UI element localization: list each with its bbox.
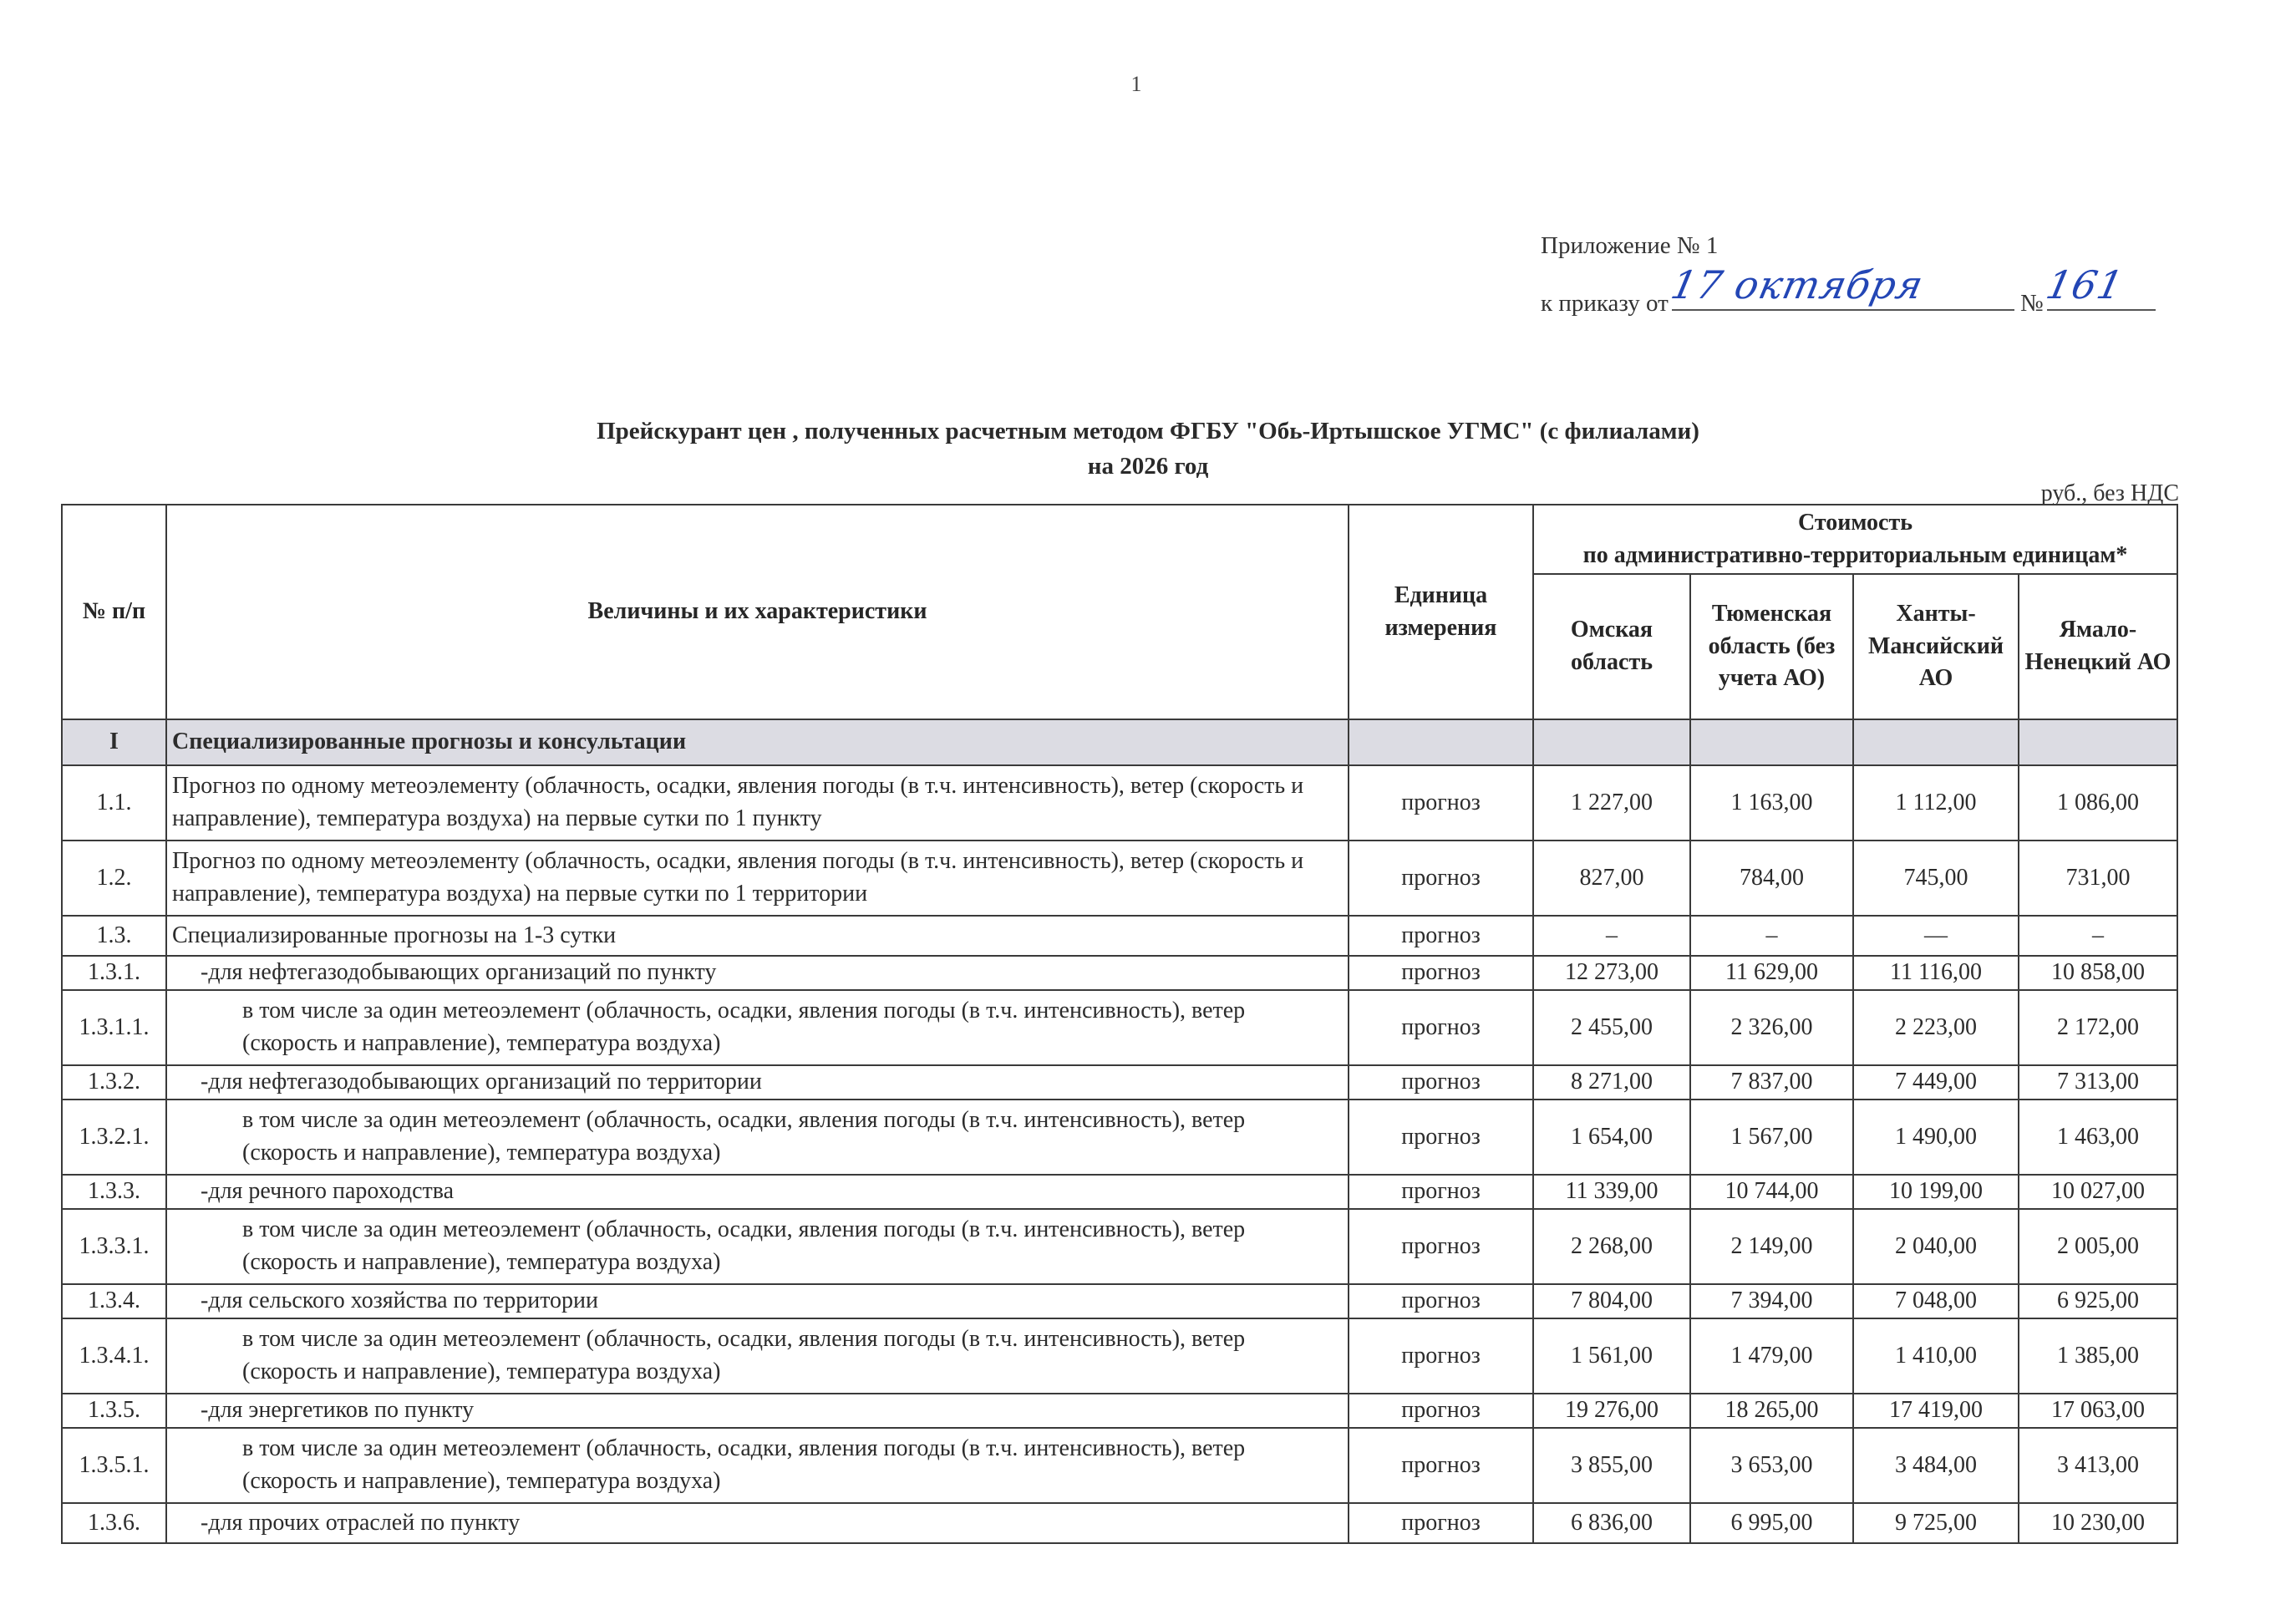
row-description: в том числе за один метеоэлемент (облачн… (166, 1428, 1349, 1503)
order-date-field: 17 октября (1672, 284, 2014, 311)
row-description: -для сельского хозяйства по территории (166, 1284, 1349, 1318)
row-description: -для нефтегазодобывающих организаций по … (166, 1065, 1349, 1100)
table-row: 1.3.2.-для нефтегазодобывающих организац… (62, 1065, 2177, 1100)
price-khmao: 9 725,00 (1853, 1503, 2019, 1543)
handwritten-order-number: 161 (2042, 262, 2127, 307)
price-yanao: 3 413,00 (2019, 1428, 2177, 1503)
price-yanao: 731,00 (2019, 841, 2177, 916)
row-number: 1.3. (62, 916, 166, 956)
table-row: 1.3.4.-для сельского хозяйства по террит… (62, 1284, 2177, 1318)
row-unit: прогноз (1349, 1318, 1533, 1394)
section-empty-cell (1349, 719, 1533, 765)
row-unit: прогноз (1349, 841, 1533, 916)
price-yanao: 1 463,00 (2019, 1100, 2177, 1175)
row-description: Прогноз по одному метеоэлементу (облачно… (166, 765, 1349, 841)
row-number: 1.3.4. (62, 1284, 166, 1318)
price-khmao: 7 449,00 (1853, 1065, 2019, 1100)
header-region-yanao: Ямало-Ненецкий АО (2019, 574, 2177, 719)
price-omsk: 1 561,00 (1533, 1318, 1690, 1394)
section-empty-cell (1533, 719, 1690, 765)
table-row: 1.3.Специализированные прогнозы на 1-3 с… (62, 916, 2177, 956)
price-khmao: 1 112,00 (1853, 765, 2019, 841)
row-unit: прогноз (1349, 916, 1533, 956)
table-row: 1.3.5.-для энергетиков по пунктупрогноз1… (62, 1394, 2177, 1428)
row-description: -для энергетиков по пункту (166, 1394, 1349, 1428)
section-number: I (62, 719, 166, 765)
section-empty-cell (1690, 719, 1853, 765)
header-cost-title: Стоимость (1539, 507, 2172, 540)
header-number: № п/п (62, 505, 166, 719)
row-description: в том числе за один метеоэлемент (облачн… (166, 1100, 1349, 1175)
table-row: 1.3.2.1.в том числе за один метеоэлемент… (62, 1100, 2177, 1175)
document-title: Прейскурант цен , полученных расчетным м… (0, 418, 2296, 445)
row-description: в том числе за один метеоэлемент (облачн… (166, 990, 1349, 1065)
row-unit: прогноз (1349, 1284, 1533, 1318)
row-number: 1.3.2. (62, 1065, 166, 1100)
price-yanao: 10 858,00 (2019, 956, 2177, 990)
row-unit: прогноз (1349, 1175, 1533, 1209)
price-tyumen: 2 149,00 (1690, 1209, 1853, 1284)
price-khmao: 17 419,00 (1853, 1394, 2019, 1428)
header-cost-group: Стоимость по административно-территориал… (1533, 505, 2177, 574)
price-yanao: 1 385,00 (2019, 1318, 2177, 1394)
row-unit: прогноз (1349, 1428, 1533, 1503)
price-yanao: 1 086,00 (2019, 765, 2177, 841)
price-omsk: 12 273,00 (1533, 956, 1690, 990)
table-row: 1.3.6.-для прочих отраслей по пунктупрог… (62, 1503, 2177, 1543)
row-unit: прогноз (1349, 1503, 1533, 1543)
price-omsk: 1 654,00 (1533, 1100, 1690, 1175)
price-tyumen: 7 837,00 (1690, 1065, 1853, 1100)
row-number: 1.3.4.1. (62, 1318, 166, 1394)
table-row: 1.2.Прогноз по одному метеоэлементу (обл… (62, 841, 2177, 916)
header-cost-subtitle: по административно-территориальным едини… (1539, 540, 2172, 572)
row-description: Прогноз по одному метеоэлементу (облачно… (166, 841, 1349, 916)
price-yanao: 10 027,00 (2019, 1175, 2177, 1209)
table-row: 1.3.4.1.в том числе за один метеоэлемент… (62, 1318, 2177, 1394)
price-omsk: 1 227,00 (1533, 765, 1690, 841)
price-yanao: – (2019, 916, 2177, 956)
price-khmao: — (1853, 916, 2019, 956)
row-description: -для нефтегазодобывающих организаций по … (166, 956, 1349, 990)
row-description: -для речного пароходства (166, 1175, 1349, 1209)
row-number: 1.1. (62, 765, 166, 841)
price-tyumen: 1 163,00 (1690, 765, 1853, 841)
table-row: 1.3.1.1.в том числе за один метеоэлемент… (62, 990, 2177, 1065)
table-row: 1.3.1.-для нефтегазодобывающих организац… (62, 956, 2177, 990)
price-table: № п/п Величины и их характеристики Едини… (61, 504, 2178, 1544)
table-row: 1.3.3.1.в том числе за один метеоэлемент… (62, 1209, 2177, 1284)
price-yanao: 7 313,00 (2019, 1065, 2177, 1100)
header-description: Величины и их характеристики (166, 505, 1349, 719)
row-description: в том числе за один метеоэлемент (облачн… (166, 1209, 1349, 1284)
document-subtitle-year: на 2026 год (0, 453, 2296, 480)
price-khmao: 10 199,00 (1853, 1175, 2019, 1209)
row-unit: прогноз (1349, 765, 1533, 841)
price-khmao: 1 410,00 (1853, 1318, 2019, 1394)
row-unit: прогноз (1349, 1100, 1533, 1175)
price-omsk: 19 276,00 (1533, 1394, 1690, 1428)
price-yanao: 2 172,00 (2019, 990, 2177, 1065)
header-region-khmao: Ханты-Мансийский АО (1853, 574, 2019, 719)
row-description: Специализированные прогнозы на 1-3 сутки (166, 916, 1349, 956)
price-omsk: 3 855,00 (1533, 1428, 1690, 1503)
row-unit: прогноз (1349, 1209, 1533, 1284)
row-unit: прогноз (1349, 956, 1533, 990)
row-unit: прогноз (1349, 1065, 1533, 1100)
row-number: 1.3.5. (62, 1394, 166, 1428)
number-label: № (2020, 290, 2044, 317)
price-tyumen: 3 653,00 (1690, 1428, 1853, 1503)
price-khmao: 11 116,00 (1853, 956, 2019, 990)
handwritten-date: 17 октября (1667, 262, 1928, 307)
row-unit: прогноз (1349, 1394, 1533, 1428)
header-region-omsk: Омская область (1533, 574, 1690, 719)
price-tyumen: 10 744,00 (1690, 1175, 1853, 1209)
price-tyumen: – (1690, 916, 1853, 956)
table-row: 1.3.5.1.в том числе за один метеоэлемент… (62, 1428, 2177, 1503)
row-number: 1.3.3.1. (62, 1209, 166, 1284)
price-omsk: 2 455,00 (1533, 990, 1690, 1065)
row-description: в том числе за один метеоэлемент (облачн… (166, 1318, 1349, 1394)
price-khmao: 2 223,00 (1853, 990, 2019, 1065)
price-tyumen: 1 567,00 (1690, 1100, 1853, 1175)
price-khmao: 1 490,00 (1853, 1100, 2019, 1175)
row-number: 1.3.1.1. (62, 990, 166, 1065)
row-number: 1.3.2.1. (62, 1100, 166, 1175)
order-number-field: 161 (2047, 284, 2156, 311)
order-prefix: к приказу от (1541, 290, 1669, 317)
price-omsk: 7 804,00 (1533, 1284, 1690, 1318)
section-row: I Специализированные прогнозы и консульт… (62, 719, 2177, 765)
price-tyumen: 18 265,00 (1690, 1394, 1853, 1428)
table-row: 1.3.3.-для речного пароходствапрогноз11 … (62, 1175, 2177, 1209)
price-omsk: 6 836,00 (1533, 1503, 1690, 1543)
price-tyumen: 6 995,00 (1690, 1503, 1853, 1543)
price-omsk: – (1533, 916, 1690, 956)
price-khmao: 7 048,00 (1853, 1284, 2019, 1318)
row-number: 1.3.3. (62, 1175, 166, 1209)
order-reference: к приказу от17 октября №161 (1541, 284, 2156, 336)
price-khmao: 745,00 (1853, 841, 2019, 916)
price-yanao: 17 063,00 (2019, 1394, 2177, 1428)
price-khmao: 2 040,00 (1853, 1209, 2019, 1284)
section-empty-cell (2019, 719, 2177, 765)
section-empty-cell (1853, 719, 2019, 765)
price-khmao: 3 484,00 (1853, 1428, 2019, 1503)
price-yanao: 2 005,00 (2019, 1209, 2177, 1284)
row-number: 1.2. (62, 841, 166, 916)
price-yanao: 6 925,00 (2019, 1284, 2177, 1318)
price-tyumen: 784,00 (1690, 841, 1853, 916)
section-title: Специализированные прогнозы и консультац… (166, 719, 1349, 765)
row-number: 1.3.6. (62, 1503, 166, 1543)
row-number: 1.3.1. (62, 956, 166, 990)
price-yanao: 10 230,00 (2019, 1503, 2177, 1543)
price-omsk: 827,00 (1533, 841, 1690, 916)
row-number: 1.3.5.1. (62, 1428, 166, 1503)
price-omsk: 8 271,00 (1533, 1065, 1690, 1100)
header-region-tyumen: Тюменская область (без учета АО) (1690, 574, 1853, 719)
row-unit: прогноз (1349, 990, 1533, 1065)
price-omsk: 2 268,00 (1533, 1209, 1690, 1284)
price-tyumen: 7 394,00 (1690, 1284, 1853, 1318)
header-unit: Единица измерения (1349, 505, 1533, 719)
table-row: 1.1.Прогноз по одному метеоэлементу (обл… (62, 765, 2177, 841)
price-tyumen: 1 479,00 (1690, 1318, 1853, 1394)
price-tyumen: 2 326,00 (1690, 990, 1853, 1065)
row-description: -для прочих отраслей по пункту (166, 1503, 1349, 1543)
price-omsk: 11 339,00 (1533, 1175, 1690, 1209)
appendix-block: Приложение № 1 к приказу от17 октября №1… (1541, 232, 2156, 336)
price-tyumen: 11 629,00 (1690, 956, 1853, 990)
page-number: 1 (1120, 72, 1153, 97)
